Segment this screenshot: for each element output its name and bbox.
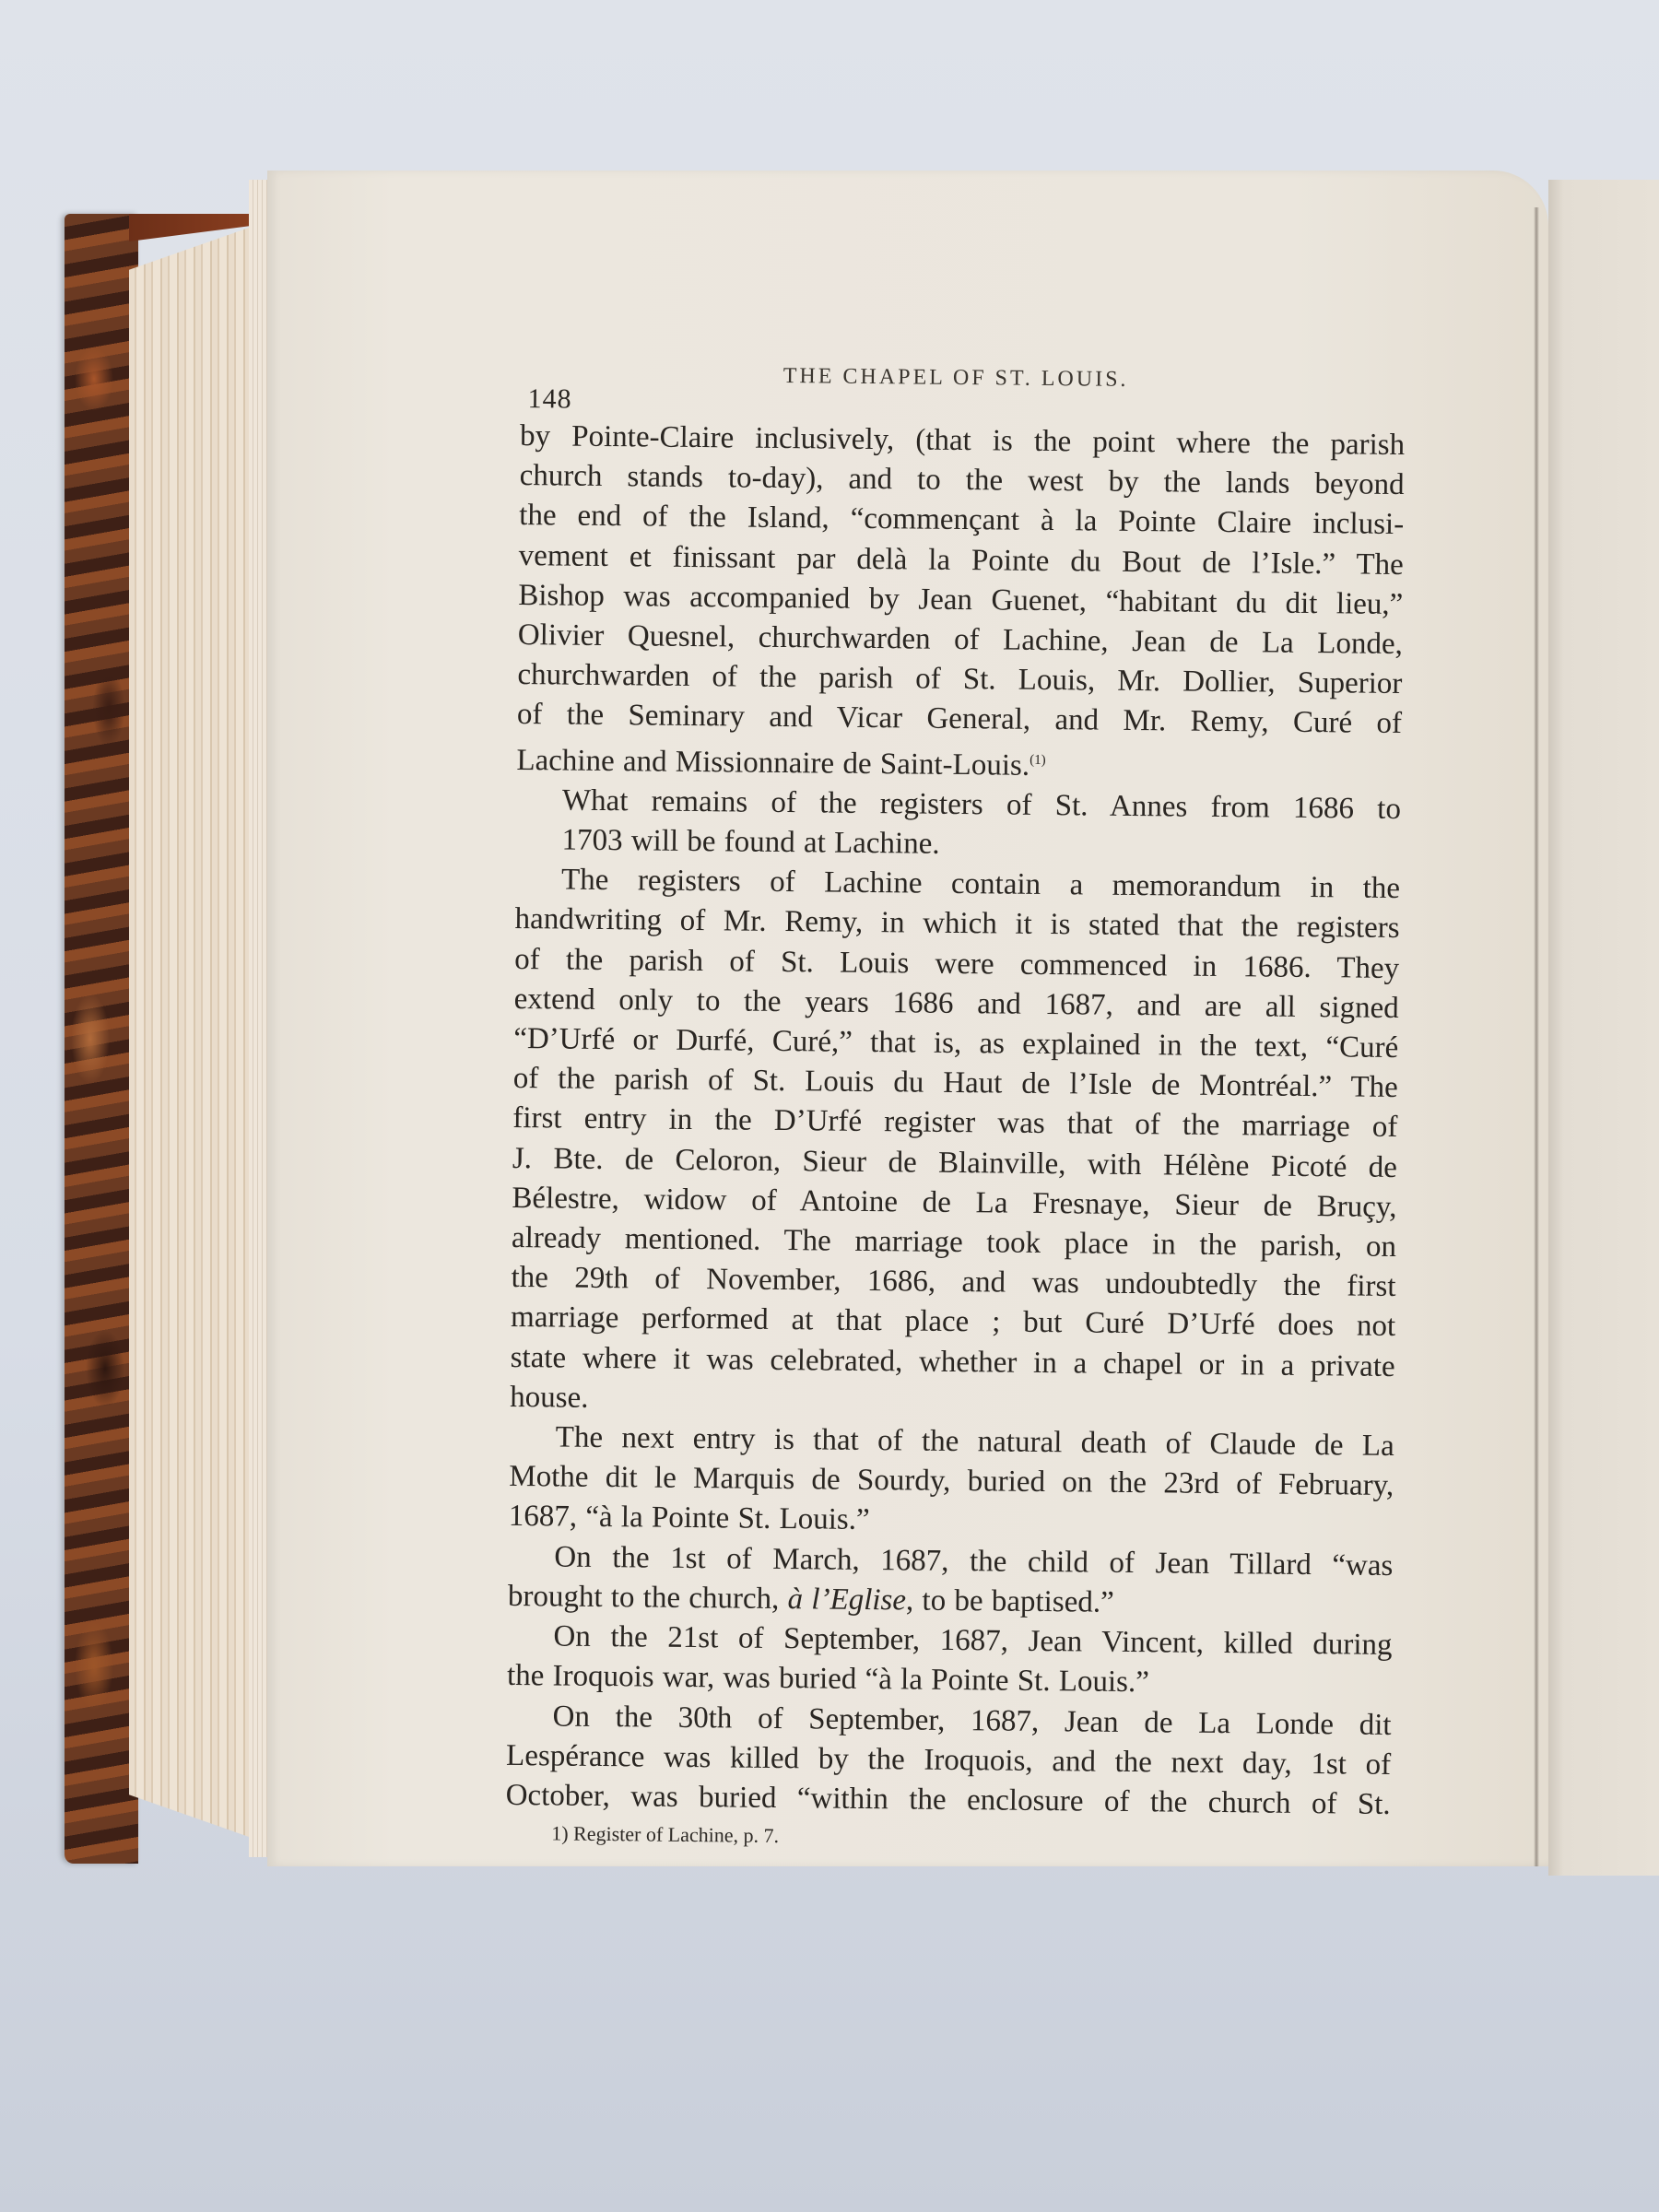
paragraph: What remains of the registers of St. Ann…	[515, 781, 1401, 869]
chapter-title: THE CHAPEL OF ST. LOUIS.	[783, 364, 1129, 393]
page-edges-stack	[129, 221, 267, 1843]
body-text: by Pointe-Claire inclusively, (that is t…	[505, 417, 1405, 1825]
paragraph: On the 21st of September, 1687, Jean Vin…	[507, 1617, 1393, 1705]
text-line: October, was buried “within the enclosur…	[505, 1776, 1390, 1825]
book-gutter	[1534, 207, 1539, 1866]
leather-cover-spine	[65, 214, 138, 1864]
book-page-right	[1548, 180, 1659, 1876]
paragraph: by Pointe-Claire inclusively, (that is t…	[516, 417, 1405, 790]
italic-phrase: à l’Eglise	[787, 1583, 906, 1617]
text-segment: Lachine and Missionnaire de Saint-Louis.	[516, 744, 1030, 782]
footnote-reference: (1)	[1030, 752, 1046, 767]
text-segment: brought to the church,	[508, 1580, 788, 1616]
text-segment: , to be baptised.”	[906, 1583, 1114, 1618]
photo-scene: 148 THE CHAPEL OF ST. LOUIS. by Pointe-C…	[0, 0, 1659, 2212]
paragraph: The next entry is that of the natural de…	[509, 1418, 1394, 1547]
page-number: 148	[527, 383, 571, 416]
paragraph: On the 30th of September, 1687, Jean de …	[505, 1696, 1391, 1825]
page-content: 148 THE CHAPEL OF ST. LOUIS. by Pointe-C…	[505, 361, 1406, 1854]
paragraph: The registers of Lachine contain a memor…	[510, 860, 1400, 1427]
running-head: 148 THE CHAPEL OF ST. LOUIS.	[520, 361, 1406, 426]
paragraph: On the 1st of March, 1687, the child of …	[508, 1537, 1394, 1626]
